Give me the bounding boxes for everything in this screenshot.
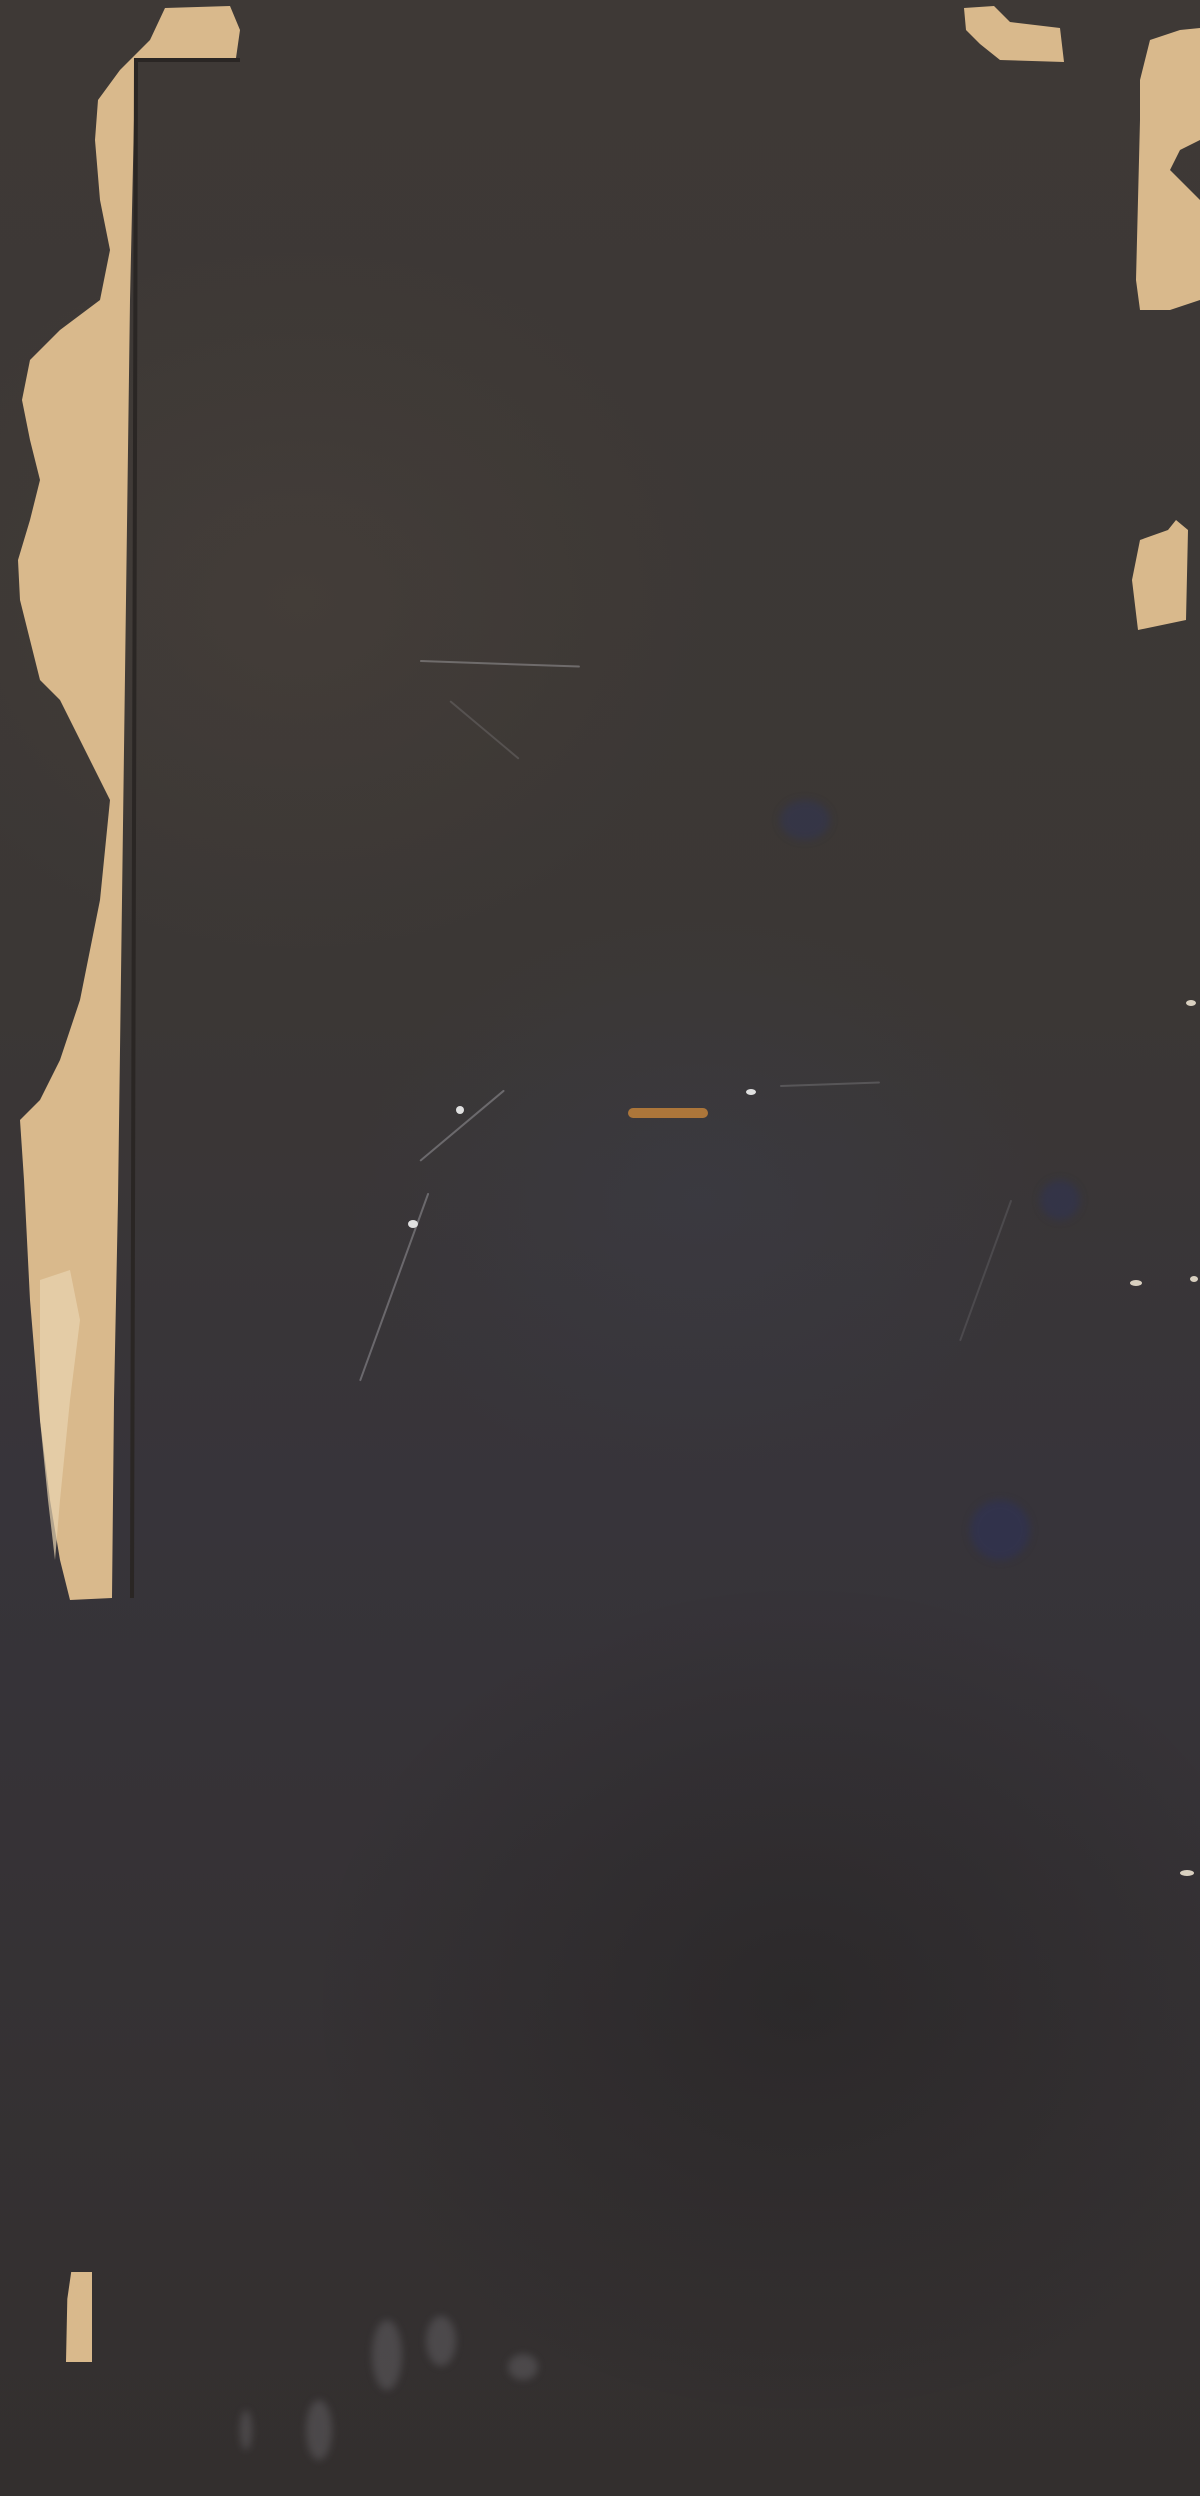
edge-chip: [1186, 1000, 1196, 1006]
white-smudge: [372, 2320, 402, 2390]
edge-chip: [1190, 1276, 1198, 1282]
edge-chip: [1180, 1870, 1194, 1876]
scratch-mark: [449, 700, 519, 759]
paint-fleck: [746, 1089, 756, 1095]
torn-paper-bottom-left: [66, 2272, 92, 2362]
torn-paper-right-upper: [1130, 20, 1200, 320]
torn-paper-left: [0, 0, 260, 1620]
edge-chip: [1130, 1280, 1142, 1286]
paint-fleck: [628, 1108, 708, 1118]
scratch-mark: [419, 1090, 505, 1162]
scratch-mark: [780, 1082, 880, 1087]
paint-fleck: [408, 1220, 418, 1228]
torn-paper-top-right: [960, 0, 1080, 70]
scratch-mark: [420, 660, 580, 668]
blue-stain: [1040, 1180, 1080, 1220]
scratch-mark: [959, 1200, 1012, 1342]
torn-paper-right-lower: [1128, 520, 1200, 640]
scratch-mark: [359, 1193, 429, 1382]
white-smudge: [508, 2354, 538, 2380]
white-smudge: [306, 2400, 332, 2460]
white-smudge: [240, 2410, 252, 2450]
blue-stain: [780, 800, 830, 840]
painted-board: [0, 0, 1200, 2496]
paint-fleck: [456, 1106, 464, 1114]
white-smudge: [426, 2316, 456, 2366]
blue-stain: [970, 1500, 1030, 1560]
